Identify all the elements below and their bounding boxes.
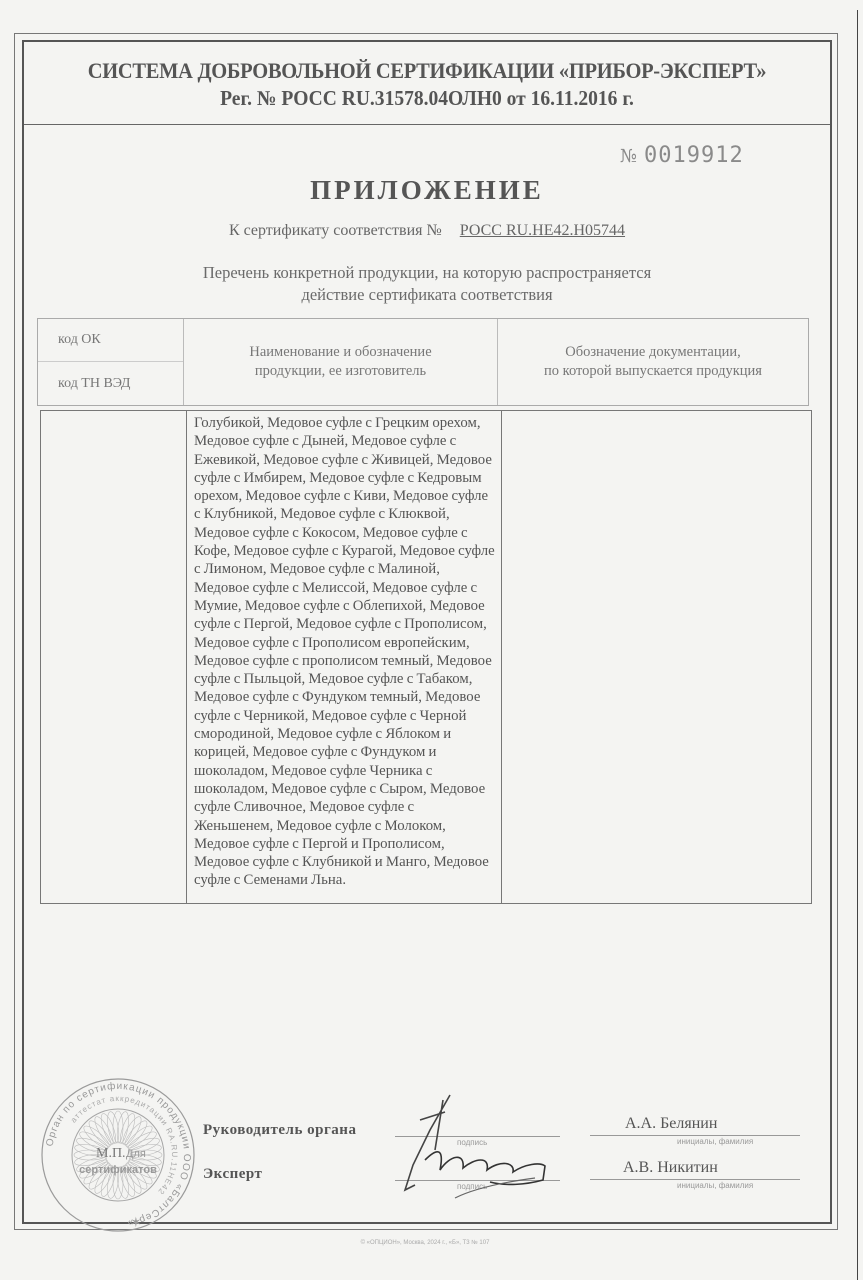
stamp-center-mid: Для bbox=[126, 1148, 146, 1160]
certificate-ref-label: К сертификату соответствия № bbox=[229, 222, 442, 239]
documentation-header-line-2: по которой выпускается продукция bbox=[544, 362, 762, 381]
number-sign: № bbox=[620, 146, 638, 167]
star-icon: ✶ bbox=[130, 1214, 142, 1230]
document-title: ПРИЛОЖЕНИЕ bbox=[24, 175, 830, 206]
head-name: А.А. Белянин bbox=[625, 1115, 717, 1133]
head-name-line bbox=[590, 1135, 800, 1136]
system-title: СИСТЕМА ДОБРОВОЛЬНОЙ СЕРТИФИКАЦИИ «ПРИБО… bbox=[52, 58, 802, 84]
expert-name: А.В. Никитин bbox=[623, 1159, 718, 1177]
certification-stamp: Орган по сертификации продукции ООО «Бал… bbox=[38, 1075, 198, 1235]
expert-name-line bbox=[590, 1179, 800, 1180]
head-label: Руководитель органа bbox=[203, 1122, 356, 1139]
stamp-center-bottom: сертификатов bbox=[79, 1164, 157, 1176]
scope-line-2: действие сертификата соответствия bbox=[24, 284, 830, 306]
product-header: Наименование и обозначение продукции, ее… bbox=[184, 319, 498, 405]
product-list-cell: Голубикой, Медовое суфле с Грецким орехо… bbox=[187, 411, 502, 903]
product-header-line-1: Наименование и обозначение bbox=[249, 343, 431, 362]
documentation-header: Обозначение документации, по которой вып… bbox=[498, 319, 808, 405]
serial-value: 0019912 bbox=[644, 143, 744, 168]
handwritten-signatures bbox=[395, 1090, 565, 1200]
code-ok-header: код ОК bbox=[38, 319, 183, 362]
registration-number: Рег. № РОСС RU.31578.04ОЛН0 от 16.11.201… bbox=[52, 86, 802, 111]
expert-label: Эксперт bbox=[203, 1166, 262, 1183]
product-header-line-2: продукции, ее изготовитель bbox=[249, 362, 431, 381]
code-tnved-header: код ТН ВЭД bbox=[38, 362, 183, 405]
stamp-mp: М.П. bbox=[96, 1146, 126, 1161]
certificate-reference: К сертификату соответствия №РОСС RU.НЕ42… bbox=[24, 222, 830, 240]
table-header: код ОК код ТН ВЭД Наименование и обознач… bbox=[37, 318, 809, 406]
documentation-header-line-1: Обозначение документации, bbox=[544, 343, 762, 362]
expert-name-caption: инициалы, фамилия bbox=[677, 1181, 753, 1190]
documentation-cell bbox=[502, 411, 811, 903]
scope-heading: Перечень конкретной продукции, на котору… bbox=[24, 262, 830, 306]
certificate-ref-number: РОСС RU.НЕ42.Н05744 bbox=[460, 222, 625, 239]
code-cell bbox=[41, 411, 187, 903]
print-info: © «ОПЦИОН», Москва, 2024 г., «Б», Т3 № 1… bbox=[340, 1240, 510, 1246]
head-name-caption: инициалы, фамилия bbox=[677, 1137, 753, 1146]
serial-number: №0019912 bbox=[620, 143, 744, 168]
scope-line-1: Перечень конкретной продукции, на котору… bbox=[24, 262, 830, 284]
scan-edge bbox=[857, 10, 858, 1280]
code-header-column: код ОК код ТН ВЭД bbox=[38, 319, 184, 405]
product-table: Голубикой, Медовое суфле с Грецким орехо… bbox=[40, 410, 812, 904]
